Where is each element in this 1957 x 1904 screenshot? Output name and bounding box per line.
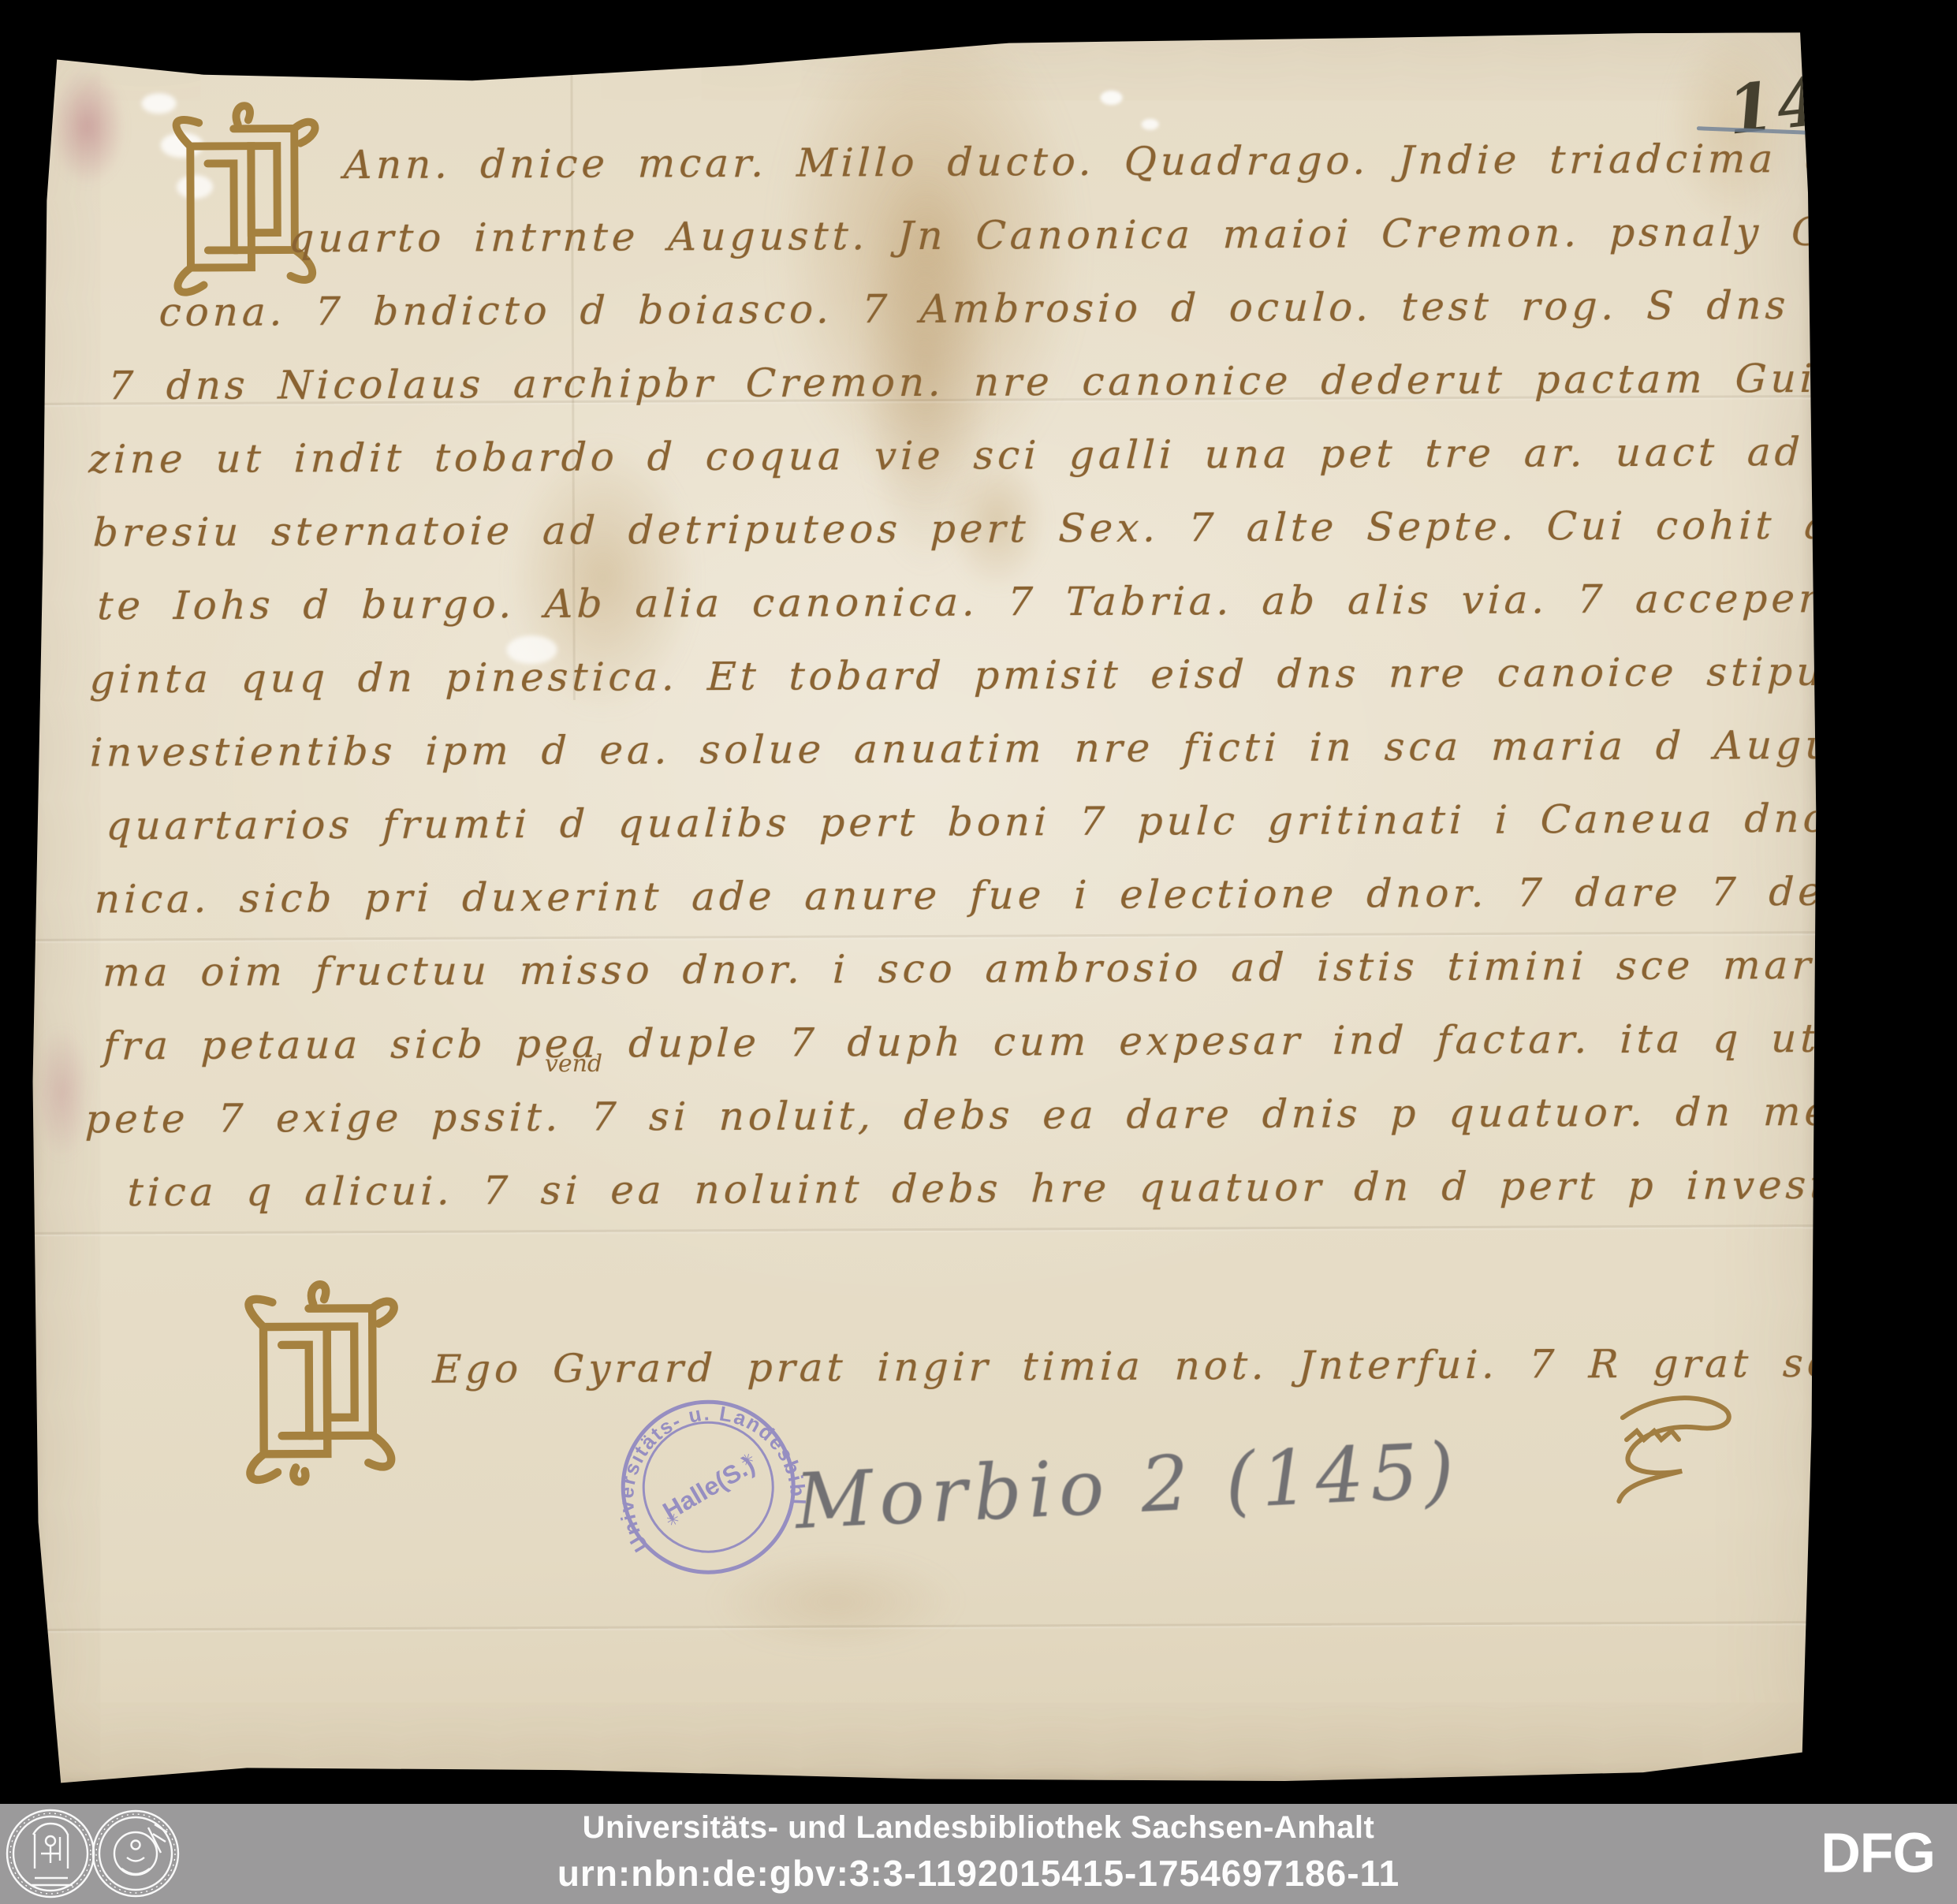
manuscript-line: quartarios frumti d qualibs pert boni 7 … [27,782,1874,863]
manuscript-line: Ann. dnice mcar. Millo ducto. Quadrago. … [24,122,1872,203]
manuscript-line: tica q alicui. 7 si ea noluint debs hre … [28,1149,1876,1230]
manuscript-line: investientibs ipm d ea. solue anuatim nr… [27,709,1874,790]
parchment-sheet: Ann. dnice mcar. Millo ducto. Quadrago. … [24,17,1822,1787]
manuscript-line: quarto intrnte Augustt. Jn Canonica maio… [24,196,1872,277]
manuscript-line: pete 7 exige pssit. 7 si noluit, debs ea… [28,1075,1876,1157]
manuscript-line: ma oim fructuu misso dnor. i sco ambrosi… [28,929,1875,1010]
manuscript-line: te Iohs d burgo. Ab alia canonica. 7 Tab… [26,562,1873,643]
interlinear-correction: vend [545,1050,602,1078]
footer-library-line: Universitäts- und Landesbibliothek Sachs… [0,1810,1957,1846]
manuscript-line: 7 dns Nicolaus archipbr Cremon. nre cano… [25,342,1873,423]
footer-urn-line: urn:nbn:de:gbv:3:3-1192015415-1754697186… [0,1852,1957,1895]
manuscript-line: cona. 7 bndicto d boiasco. 7 Ambrosio d … [24,269,1872,350]
archive-number: 145. [1724,53,1905,149]
notary-signum-bottom-icon [214,1276,412,1486]
footer-text: Universitäts- und Landesbibliothek Sachs… [0,1810,1957,1895]
dfg-logo: DFG [1821,1820,1935,1885]
notary-paraph-icon [1603,1384,1754,1518]
manuscript-line: nica. sicb pri duxerint ade anure fue i … [28,855,1875,937]
fold-crease [32,1621,1821,1631]
manuscript-line: ginta quq dn pinestica. Et tobard pmisit… [26,635,1873,717]
footer-bar: Universitäts- und Landesbibliothek Sachs… [0,1804,1957,1904]
manuscript-line: bresiu sternatoie ad detriputeos pert Se… [26,489,1873,570]
gloss-speck [1101,91,1123,105]
library-stamp: Universitäts- u. Landesbibliothek Halle(… [606,1384,811,1590]
manuscript-line: zine ut indit tobardo d coqua vie sci ga… [25,415,1873,497]
pencil-shelfmark: Morbio 2 (145) [793,1426,1463,1546]
manuscript-line: fra petaua sicb pea duple 7 duph cum exp… [28,1002,1875,1083]
manuscript-text-block: Ann. dnice mcar. Millo ducto. Quadrago. … [25,122,1875,1230]
digitized-charter-page: { "archive_number": "145.", "strike_note… [0,0,1957,1904]
